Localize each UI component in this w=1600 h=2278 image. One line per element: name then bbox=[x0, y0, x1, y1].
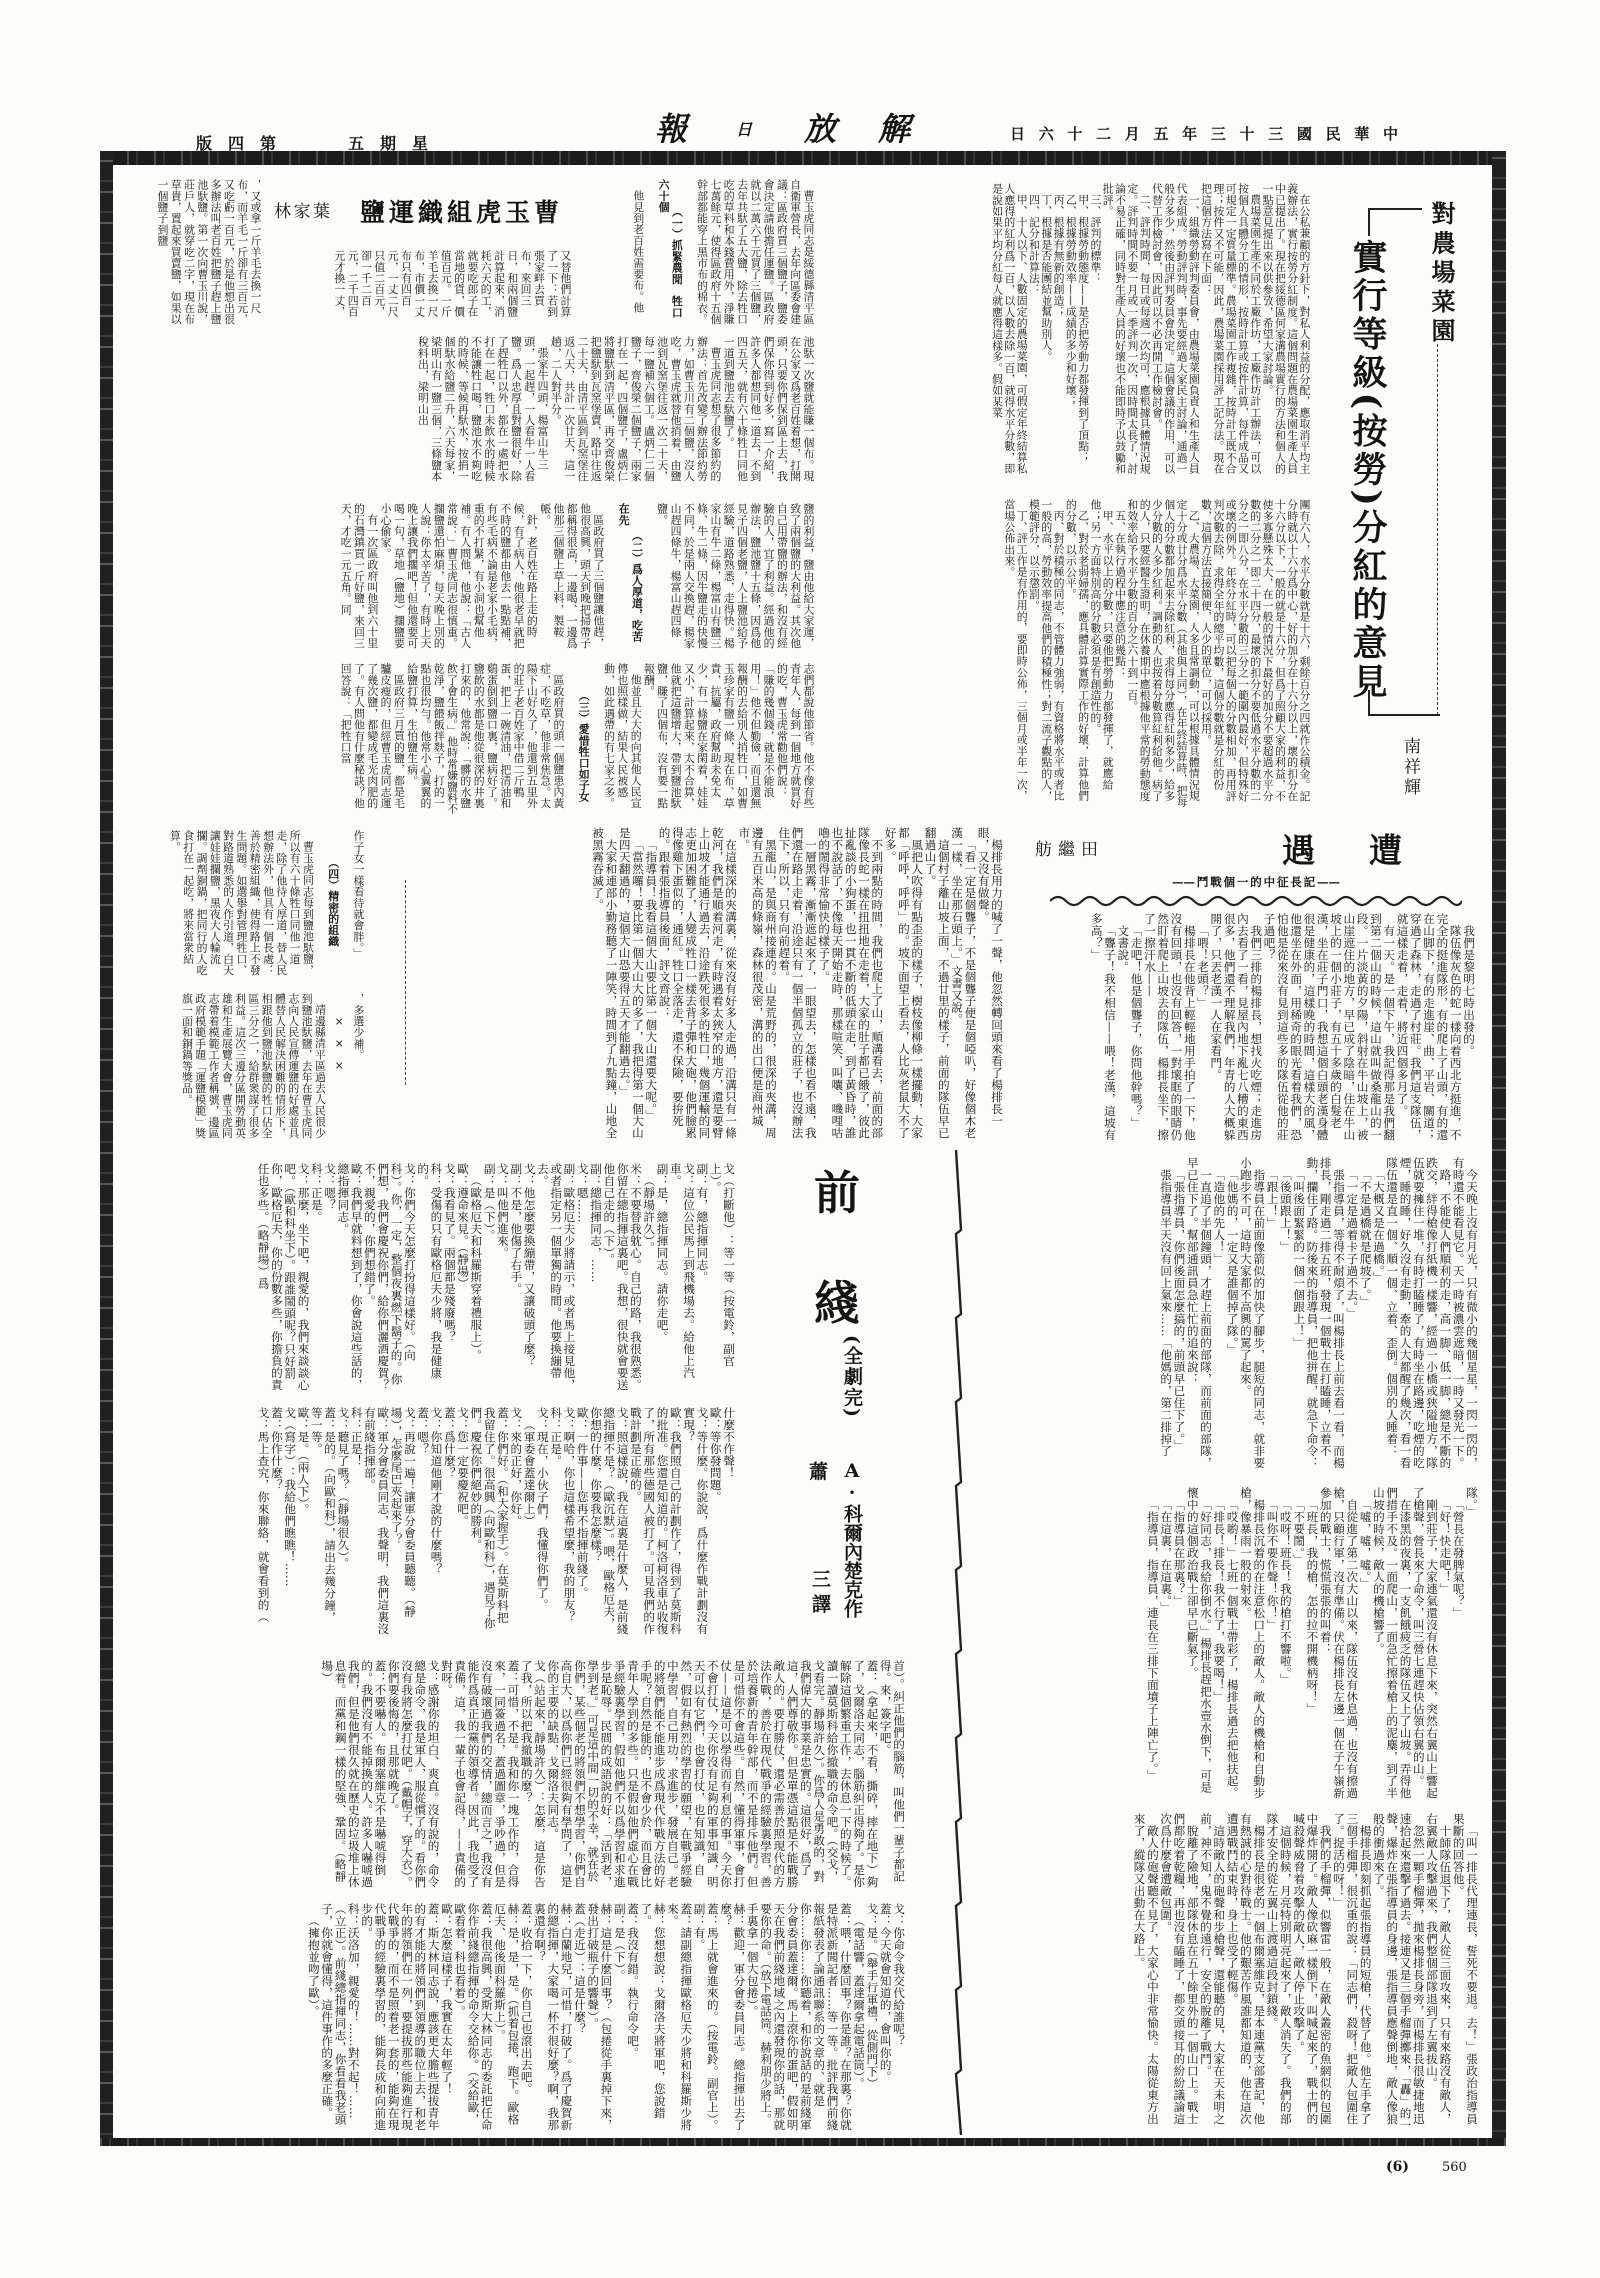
paragraph: 張家牛四頭，楊富山牛三頭，一起趕，一人看牛一人看鹽。爲人忠厚且對鹽很好，除了趕牲… bbox=[416, 336, 549, 492]
line-paragraph: 戈：是。（舉手行軍禮，從側門下） bbox=[865, 1903, 878, 2135]
paragraph: 區政府買的頭一個鹽患內黃症，不吃草，他非常焦急。太陽下山好久了，他還到五里外的莊… bbox=[405, 663, 565, 815]
article-body-tier-2: 池馱一次鹽就能賺一個布。現在公家又爲老百姓着想，打開頭，只要你們保到區上去，我們… bbox=[113, 336, 815, 492]
cont-paragraph: 隊。」 bbox=[1465, 1487, 1478, 1803]
line-paragraph: 蓋：是的。（向歐和科），請出去幾分鐘，等一等。 bbox=[310, 1407, 337, 1635]
paragraph: 三、評判的標準： bbox=[1089, 183, 1101, 485]
paragraph: 風把人吹得有點歪歪的樣子，樹枝像柳條一樣擺動，大家都「呼呼，呼呼」的。坡下面望上… bbox=[883, 827, 923, 1145]
paragraph: 「張指導員，你們後面怎麼搞的，前頭早已住下了。」 bbox=[1172, 1157, 1185, 1475]
paragraph: 「喂！老頭？」 bbox=[1196, 913, 1209, 1145]
article-body-tier-4: 志們都說他節省。他不像有些青年人，每到一個地方就買好的吃，曹玉虎常勸他們說：「賺… bbox=[113, 663, 815, 815]
paragraph: 甲、水平以上的分數，只要他把勞動力都發揮了，就應給他；另一方面特別高的分數必須是… bbox=[1089, 499, 1114, 812]
play-body-tier-4: 戈：你命令我交代給誰呢？蓋：今天就會知道的，會叫你的。戈：是。（舉手行軍禮，從側… bbox=[113, 1903, 905, 2135]
line-paragraph: 蓋：嗯？ bbox=[416, 1407, 429, 1635]
masthead-char-ri: 日 bbox=[736, 121, 752, 139]
line-paragraph: 戈：聽見了嗎？（靜場很久）。 bbox=[336, 1407, 349, 1635]
paragraph: 「好！快走吧！」 bbox=[1438, 1487, 1451, 1803]
cont-paragraph: ，多選少補。 bbox=[352, 993, 365, 1145]
article-title: 實行等級(按勞)分紅的意見 bbox=[1346, 239, 1388, 698]
paragraph: 楊排長即刻抓起張指導員的短槍，代替了他。他左手拿了三個手榴彈，很沉重的說：「同志… bbox=[1332, 1813, 1372, 2135]
line-paragraph: 科：正是。 bbox=[310, 1163, 323, 1391]
article-author: 南祥輝 bbox=[1399, 737, 1421, 795]
paragraph: 這時敵人的砲聲和步槍聲，還能聽的見，大家在天未明之前，神不知，鬼不覺的遠行，安全… bbox=[1199, 1813, 1226, 2135]
line-paragraph: 米：不要替我躭心。自己的路，我很熟悉。你留在總指揮這裏吧。我想，很快就會要送他自… bbox=[602, 1163, 642, 1391]
paragraph: 「叫後面緊緊的一個一個跟上！」 bbox=[1292, 1157, 1305, 1475]
paragraph: 一、組織勞動評判委員會，由農場菜園負責人和生產人員代表組成。勞動評判時，事先要經… bbox=[1150, 183, 1199, 485]
play-completion-note: (全劇完) bbox=[841, 1335, 863, 1417]
paragraph: 「叫一排長代理連長，誓死不要退。去！」張政治指導員果斷的回答他。 bbox=[1451, 1813, 1478, 2135]
paragraph: 大家和連部小勤務聽了一陣笑，時間到了九點鐘，山地全被黑霧吞滅了。 bbox=[591, 827, 618, 1145]
paragraph: 農場菜園生產不同於工廠作坊，工廠作坊計工辦法，可以按個人具體分工的情形，按時計算… bbox=[1199, 183, 1260, 485]
paragraph: 有一天。是一個下午，我記得那是我們翻到第二個山的時候，這山就叫做桑龍山的一段。一… bbox=[1262, 913, 1395, 1145]
heading-paragraph: （一）抓緊農閒 牲口六十個 bbox=[657, 179, 684, 327]
paragraph: 敵人的砲聲聽不見了，大家心中非常愉快。太陽從東方出來了，縱隊又出動在大路上。 bbox=[1132, 1813, 1159, 2135]
paragraph: 楊排長在他背上輕輕地用手拍了一下，他沒有回頭，也沒有回答，一對壞眶的眼睛仍然盯着… bbox=[1143, 913, 1196, 1145]
line-paragraph: 蓋：你作什麼？ bbox=[270, 1407, 283, 1635]
line-paragraph: 赫：白蘭地兒，可惜，打破了。爲了慶賀新的總指揮，大家喝一杯不很好麼？啊，我那裏還… bbox=[533, 1903, 573, 2135]
stage-paragraph: （軍委會蓋達爾上） bbox=[522, 1407, 535, 1635]
stage-paragraph: （靜場許久）。 bbox=[642, 1163, 655, 1391]
paragraph: 靖邊縣清平區過去人民很少到鹽池馱鹽，去年在曹玉虎同志向人民宣傳運鹽的好處並具體替… bbox=[180, 993, 326, 1145]
line-paragraph: 戈：你知道他剛才說的什麼嗎？ bbox=[429, 1407, 442, 1635]
line-paragraph: 戈：感謝你的坦白、爽直。沒有說的，命令總是命令，我是軍人，服從慣了的。看你們沒有… bbox=[386, 1660, 439, 1892]
line-paragraph: 科：正是。 bbox=[549, 1407, 562, 1635]
title-frame-bottom bbox=[1368, 714, 1440, 716]
paragraph: 二、評判時間，每日或每週一次均可，應根據具體情況規定。評判時間不要一月或一季評判… bbox=[1101, 183, 1150, 485]
paragraph: 「哎呀！班長！我的槍打不響啦。」 bbox=[1279, 1487, 1292, 1803]
line-paragraph: 歐：我們照自己的計劃作了，得到了莫斯科的批准。您還是知道的。柯洛柯洛車站收復了，… bbox=[629, 1407, 682, 1635]
stage-paragraph: （電話響，蓋達爾拿起電話筒）。 bbox=[852, 1903, 865, 2135]
paragraph: 在公私兼顧的方針下，對私人利益的分配，應取消平均主義辦法，實行按勞分紅制度。這個… bbox=[1261, 183, 1310, 485]
sep-paragraph: ××× bbox=[332, 993, 345, 1145]
article-body-tier-1-right: 曹玉虎同志是綏德縣清平區自衛軍營長，去年向區委會建議：區政府買三個鹽子，鹽委會決… bbox=[572, 179, 815, 327]
line-paragraph: 蓋：（拿起來，不看，撕碎，摔在地下）夠了，戈爾洛夫同志，腦筋糾正得夠了。是你解除… bbox=[546, 1660, 878, 1892]
right-page-border bbox=[1492, 151, 1506, 2143]
paragraph: 張指導員半天沒有回上氣來……「他媽的，第二排掉了 bbox=[1159, 1157, 1172, 1475]
line-paragraph: 戈（站起來，靜場許久）：怎麼，這是你告了我，所以把我撤職的麼？ bbox=[519, 1660, 546, 1892]
masthead-char-jie: 解 bbox=[878, 112, 910, 146]
line-paragraph: 副：有，總指揮同志。 bbox=[695, 1163, 708, 1391]
paragraph: 「大概又是在過橋。」 bbox=[1372, 1157, 1385, 1475]
line-paragraph: 副：是（下）。 bbox=[482, 1163, 495, 1391]
paragraph: 脫離了險地，部隊休息在五十餘里外的一個山口上。戰士們都吃着乾糧，再也沒有瞌睡了，… bbox=[1159, 1813, 1199, 2135]
play-body-tier-2: 什麼不作聲！歐：等你發問題。戈：等什麼。你說說，爲什麼作戰計劃沒有實現？歐：我們… bbox=[113, 1407, 735, 1635]
paragraph: 針，老百姓在路上走的時候，有了病人，他很老早就把不時的鹽都由他去一點點補，有些毛… bbox=[379, 503, 539, 653]
paragraph: 「當然囉！要比第一個大山大的多了，我把得第一個大山是四天翻過的，這個大山恐要得五… bbox=[617, 827, 644, 1145]
paragraph: 乙、對於老弱婦孺，應具體計算實際工作的好壞，計算他們的分數，以示公平。 bbox=[1064, 499, 1089, 812]
line-paragraph: 歐：遵命來見。（靜場） bbox=[456, 1163, 469, 1391]
line-paragraph: 赫：這是什麼回事？（包捲從手裏掉下來，發出打破瓶子的響聲）。 bbox=[586, 1903, 613, 2135]
paragraph: 丙、根據有無新的創造； bbox=[1052, 183, 1064, 485]
paragraph: 我們的手榴彈，似響雷一般，在敵人叢密的魚網似的包圍中爆炸開了。敵人像砍麻一樣倒下… bbox=[1292, 1813, 1332, 2135]
header-rule bbox=[100, 151, 1506, 165]
play-title-char-2: 綫 bbox=[814, 1278, 860, 1328]
paragraph: 「不是過橋就是爬坡了。」 bbox=[1358, 1157, 1371, 1475]
paragraph: 這個時候，月亮特別明亮起來了，敵人消失了。我們的部隊才安全的從左翼山上渡過這段封… bbox=[1265, 1813, 1292, 2135]
paragraph: 「指導員，指導員，連長在三排下面墳子上陣亡了。」 bbox=[1146, 1487, 1159, 1803]
line-paragraph: 蓋：斯大林同志說，應該更大膽些提拔青年的有才能的將領們到領導的職位上去，和老年的… bbox=[360, 1903, 440, 2135]
paragraph: 「在這裏，在這裏。」 bbox=[1159, 1487, 1172, 1803]
masthead-char-bao: 報 bbox=[655, 112, 687, 146]
zigzag-divider bbox=[950, 1150, 970, 2135]
stage-paragraph: （擁抱並吻了歐）。 bbox=[307, 1903, 320, 2135]
translator-name-part-2: 三譯 bbox=[809, 1569, 831, 1613]
article-body-tier-1: 在公私兼顧的方針下，對私人利益的分配，應取消平均主義辦法，實行按勞分紅制度。這個… bbox=[873, 183, 1310, 485]
line-paragraph: 戈：現在，小伙子們，我懂得你們了。 bbox=[536, 1407, 549, 1635]
line-paragraph: 戈：再說一遍！讓軍分會委員聽聽。（靜場），怎麼尾巴夾起來了？ bbox=[389, 1407, 416, 1635]
paragraph: 曹玉虎同志是綏德縣清平區自衛軍營長，去年向區委會建議：區政府買三個鹽子，鹽委會決… bbox=[695, 179, 815, 327]
line-paragraph: 蓋：可惜，不是。我和你一塊工作的，合得來，一同簽過名，蓋過圖章，爭吵過，但是沒有… bbox=[440, 1660, 520, 1892]
article-body-tier-1-right: 我們是黎明七時出發的。隊伍像灰色的蛇一樣向着西北方挺進，不完全的挺進隊形，有的爬… bbox=[1003, 913, 1475, 1145]
article-body-tier-5-upper: 作子女一樣看待就會胖。」（四）精密的組織曹玉虎同志每到鹽池馱鹽，所以有六十條牲口… bbox=[113, 830, 365, 985]
line-paragraph: 歐：怎麼這樣子，我實在太年輕了！ bbox=[440, 1903, 453, 2135]
line-paragraph: 蓋：不要嚇人。布爾塞維克不是嚇唬得倒的。我們沒有不能掉換的人。許多人嚇唬過我們，… bbox=[320, 1660, 386, 1892]
article-title-char-1: 遭 bbox=[1369, 833, 1402, 869]
play-body-tier-1: 戈（打斷他）：等一等（按電鈴，副官上）。副：有，總指揮同志。戈：這位公民馬上到飛… bbox=[113, 1163, 735, 1391]
play-body-tier-3: 首）。糾正他們的腦筋，叫他們一輩子都記得。來，簽字吧。蓋：（拿起來，不看，撕碎，… bbox=[113, 1660, 905, 1892]
article-author: 田繼舫 bbox=[1035, 840, 1098, 860]
line-paragraph: 蓋（走近）：這是什麼？ bbox=[573, 1903, 586, 2135]
wavy-divider bbox=[1050, 893, 1462, 907]
paragraph: 隊伍像灰色的蛇一樣向着西北方挺進，不完全的挺進隊形，有的爬上了山頭，有的還在山脚… bbox=[1395, 913, 1461, 1145]
cont-paragraph: 又替他們計算了一下：若到張家畔去買布，來回三日，和兩個鹽計算起來，消耗六天的工，… bbox=[333, 250, 572, 327]
masthead-char-fang: 放 bbox=[804, 112, 836, 146]
article-title: 曹玉虎組織運鹽 bbox=[360, 199, 559, 226]
play-title-char-1: 前 bbox=[814, 1168, 860, 1218]
paragraph: 在漆黑的夜裏，一支飢餓疲乏的隊伍又上了山坡。弄得他們措手不及。一面爬山，一面急忙… bbox=[1372, 1487, 1412, 1803]
paragraph: 「聾子！我不相信——喂！老漢，這坡有多高？」 bbox=[1089, 913, 1116, 1145]
line-paragraph: 蓋：你們好。（和大家握手）。在莫斯科把我留住了。很高興（向歐和科），遇見了你們。… bbox=[469, 1407, 509, 1635]
paragraph: 有一次區政府叫他到六十里的石灣鎮買一斤好鹽，來回三天，才吃一元五角。同 bbox=[339, 503, 379, 653]
article-body-tier-3: 鹽的利益，鹽由他給大家運，致了兩個鹽的大利益。其次他自己用帶鹽的辦法，和沒有經驗… bbox=[113, 503, 815, 653]
cont-paragraph: 志們都說他節省。他不像有些青年人，每到一個地方就買好的吃，曹玉虎常勸他們說：「賺… bbox=[642, 663, 815, 815]
line-paragraph: 戈：那麼，坐下吧，親愛的，我們來談談心吧。（歐和科坐下）。跟誰鬧頭呢？只好罰你，… bbox=[256, 1163, 309, 1391]
paragraph: 「造他的先人！」 bbox=[1212, 1157, 1225, 1475]
paragraph: 文書說。 bbox=[1116, 913, 1129, 1145]
article-body-tier-1-left: ，又或拿一斤羊毛去換一尺布，而羊毛一斤卻有三百元，又吃虧一百元，於是他想出很多辦… bbox=[113, 179, 262, 327]
paragraph: 乙、根據勞動效率——成績的多少和好壞； bbox=[1064, 183, 1076, 485]
line-paragraph: 副：有。 bbox=[692, 1903, 705, 2135]
line-paragraph: 蓋：我沒有錯。執行命令吧。 bbox=[626, 1903, 639, 2135]
line-paragraph: 戈：馬上查究，你來聯絡，就會看到的（ bbox=[256, 1407, 269, 1635]
paragraph: 甲、十人以下、人數固定的農場菜園，可假定年終結算私人應得的紅利爲一百，以人數去除… bbox=[990, 183, 1027, 485]
article-body-tier-2: 團有六人，水平分數就是十六，剩餘百分之四就作公積金。記分時就以十六分爲中心，好的… bbox=[873, 499, 1310, 812]
paragraph: 曹玉虎同志想了很多節約的辦法：首先改變了辦法節約勞力，如曹玉川有二個鹽，沒人吃，… bbox=[549, 336, 722, 492]
cont-paragraph: 作子女一樣看待就會胖。」 bbox=[352, 830, 365, 985]
paragraph: 他見到老百姓需要布。他 bbox=[631, 179, 644, 327]
line-paragraph: 蓋：我很高興，受斯大林同志的委託把任命你作前綫總指揮的命令交給你。（交給歐，歐看… bbox=[453, 1903, 493, 2135]
line-paragraph: 副：不是，他傷了右手。 bbox=[509, 1163, 522, 1391]
article-body-tier-2: 今天晚上沒有月光，只有微小的幾個星星，一閃一閃的，有時還不能看見它。天一時被濃雲… bbox=[1028, 1157, 1478, 1475]
line-paragraph: 副：是，總指揮同志。請你走吧。 bbox=[655, 1163, 668, 1391]
paragraph: 甲、根據勞動態度——是否把勞動力都發揮到了頂點； bbox=[1076, 183, 1088, 485]
paragraph: 「叫你不要作聲！你！」 bbox=[1265, 1487, 1278, 1803]
line-paragraph: 戈：嗯…… bbox=[575, 1163, 588, 1391]
line-paragraph: 戈：您一定要慶祝吧。 bbox=[456, 1407, 469, 1635]
cont-paragraph: 鹽的利益，鹽由他給大家運，致了兩個鹽的大利益。其次他自己用帶鹽的辦法，和沒有經驗… bbox=[655, 503, 815, 653]
paragraph: 「跟上！」 bbox=[1265, 1157, 1278, 1475]
line-paragraph: 歐：一件事——您再不指揮前綫了。 bbox=[575, 1407, 588, 1635]
paragraph: 楊排長沉着的在注意松口上的敵人。敵人的機槍和自動步槍，像暴雨一般的射來。 bbox=[1239, 1487, 1266, 1803]
line-paragraph: 赫：您想想說：戈爾洛夫將軍吧，您說錯了。 bbox=[639, 1903, 666, 2135]
paragraph: 今天晚上沒有月光，只有微小的幾個星星，一閃一閃的，有時還不能看見它。天一時被濃雲… bbox=[1451, 1157, 1478, 1475]
sheet-number: (6) bbox=[1386, 2159, 1409, 2175]
title-frame-right-dashed bbox=[1437, 344, 1438, 715]
paragraph: 四、記分和計算法： bbox=[1027, 183, 1039, 485]
paragraph: 「排長！排長！我不行了，我要喝！」 bbox=[1212, 1487, 1225, 1803]
paragraph: 不到兩點的時間，我們也爬上了山，順溝看去，前面的部隊像長蛇一樣在扭扭地在走着，大… bbox=[817, 827, 883, 1145]
line-paragraph: 赫：是，是，是。（抓着包捲，跑下。歐格厄夫、他後面科羅斯上）。 bbox=[493, 1903, 520, 2135]
paragraph: 我們三排的楊排長，想找火吃煙；走進房內去看了一看，見屋內地下亂七八糟的東西很多，… bbox=[1209, 913, 1262, 1145]
cont-paragraph: 什麼不作聲！ bbox=[722, 1407, 735, 1635]
cont-paragraph: ，又或拿一斤羊毛去換一尺布，而羊毛一斤卻有三百元，又吃虧一百元，於是他想出很多辦… bbox=[156, 179, 262, 327]
line-paragraph: 蓋：爲什麼？ bbox=[442, 1407, 455, 1635]
line-paragraph: 歐：等你發問題。 bbox=[708, 1407, 721, 1635]
paragraph: 曹玉虎同志每到鹽池馱鹽，所以有六十條牲口同他一道走，除了他待人厚道，替人民想辦法… bbox=[168, 830, 314, 985]
paragraph: 忽然一顆手榴彈，拋來楊排長身旁，而楊排長很敏捷地迅速拾起來還擊了過去。接連又是三… bbox=[1372, 1813, 1425, 2135]
paragraph: 「他媽的，一定又是誰個掉了隊。」 bbox=[1225, 1157, 1238, 1475]
article-subtitle: ——記長征中的一個戰鬥—— bbox=[1172, 875, 1340, 889]
line-paragraph: 蓋：收拾一下，你自己也滾出去吧。 bbox=[519, 1903, 532, 2135]
paragraph: 「營長在發脾氣呢？」 bbox=[1451, 1487, 1464, 1803]
line-paragraph: 歐：軍分會委員同志，我聲明，我們這裏沒有前綫指揮部。 bbox=[363, 1407, 390, 1635]
paragraph: 乙、大農場、大菜園，人多且常調動，可以根據具體情況規定十分或廿分爲水平分數（其他… bbox=[1126, 499, 1200, 812]
paragraph: 我們是黎明七時出發的。 bbox=[1462, 913, 1475, 1145]
article-title-char-2: 遇 bbox=[1282, 833, 1315, 869]
paragraph: 丁、根據是否能團結並幫助別人。 bbox=[1039, 183, 1051, 485]
article-author: 葉家林 bbox=[274, 202, 330, 222]
play-author: A·科爾內楚克作 bbox=[841, 1460, 863, 1613]
line-paragraph: 戈：等什麼。你說說，爲什麼作戰計劃沒有實現？ bbox=[682, 1407, 709, 1635]
line-paragraph: 戈：照這樣說，我在這裏是什麼人，是前綫總指揮不是？（歐沉默）。喂，歐格厄夫，你想… bbox=[589, 1407, 629, 1635]
article-body-tier-5-lower: ，多選少補。×××靖邊縣清平區過去人民很少到鹽池馱鹽，去年在曹玉虎同志向人民宣傳… bbox=[113, 993, 365, 1145]
paragraph: 「看一定是個聾子，不是個聾子便是個啞叭，好像個木老漢一樣，坐在那石頭上。」文書又… bbox=[950, 827, 977, 1145]
paragraph: 五、在執行過程中應注意的幾點： bbox=[1113, 499, 1125, 812]
paragraph: 張指導員，等得不耐煩了，叫楊排長上前去看一看，而楊排長，剛走過二排五班，發現一個… bbox=[1305, 1157, 1345, 1475]
line-paragraph: 蓋：喂，什麼回事？你是誰？在那裏？你就是特派新聞記者……等一等。批評我們前綫報紙… bbox=[745, 1903, 851, 2135]
line-paragraph: 戈：嗯？ bbox=[323, 1163, 336, 1391]
paragraph: 丙、對於積極的同志，不管體力強弱，有資格將水平或者比一般的高，勞動效率提高他們的… bbox=[1027, 499, 1064, 812]
article-body-tier-3: 隊。」「營長在發脾氣呢？」「好！快走吧！」剛到莊子，大家連氣還沒有休息下來，突然… bbox=[1028, 1487, 1478, 1803]
left-page-border bbox=[100, 151, 113, 2146]
line-paragraph: 副：歐格厄夫少將請示，或者馬上接見他，或者指定另一個單獨的時間。他要換繃帶去。 bbox=[536, 1163, 576, 1391]
article-body-tier-1-middle: 又替他們計算了一下：若到張家畔去買布，來回三日，和兩個鹽計算起來，消耗六天的工，… bbox=[262, 250, 572, 327]
paragraph: 楊排長用力的喊了一聲，他忽然轉回頭來看了楊排長一眼，又沒有做聲。 bbox=[976, 827, 1003, 1145]
line-paragraph: 戈：這位公民馬上到飛機場去。給他上汽車。 bbox=[669, 1163, 696, 1391]
paragraph: 丁、評工作是有作用的，要即時公佈，三個月或半年一次，當場公佈出來。 bbox=[1003, 499, 1028, 812]
line-paragraph: 戈：叫他們進來。 bbox=[496, 1163, 509, 1391]
paragraph: 指導員在前面像箭似的加快了腳步，腿短的同志，就非要小跑步不可，這時大家都不高興的… bbox=[1239, 1157, 1266, 1475]
article-kicker: 對農場菜園 bbox=[1426, 201, 1456, 342]
translator-name-part-1: 蕭 bbox=[809, 1461, 828, 1483]
heading-paragraph: （二）爲人厚道，吃苦在先 bbox=[617, 503, 644, 653]
line-paragraph: 戈（打斷他）：等一等（按電鈴，副官上）。 bbox=[708, 1163, 735, 1391]
paragraph: 在這樣深的夾溝裏，從來沒有好多人走過，沿溝只有一條乾河，我們是順着河走，有時遇着… bbox=[657, 827, 737, 1145]
line-paragraph: 歐：我們早就料想到了，你會說這些話的，總指揮同志。 bbox=[336, 1163, 363, 1391]
paragraph: 「指導員在那裏？」 bbox=[1172, 1487, 1185, 1803]
cont-paragraph: 團有六人，水平分數就是十六，剩餘百分之四就作公積金。記分時就以十六分爲中心，好的… bbox=[1199, 499, 1310, 812]
heading-paragraph: （三）愛惜牲口如子女 bbox=[577, 663, 590, 815]
paragraph: 一層黑霧，漸漸遮起來了，一眼望去，怎樣也看不遠，我們還在路上走着，沿途只有一個半… bbox=[777, 827, 817, 1145]
line-paragraph: 副：總指揮同志，…… bbox=[589, 1163, 602, 1391]
paragraph: 十師隊伍退下了，敵人從三面攻來，只有來路沒有敵人，右翼敵人攻擊過來，我們整個部隊… bbox=[1425, 1813, 1452, 2135]
line-paragraph: 副：是（下）。 bbox=[612, 1903, 625, 2135]
line-paragraph: 蓋：馬上就會進來的。（按電鈴。副官上）。 bbox=[706, 1903, 719, 2135]
paragraph: 「走吧！他是個聾子，你問他幹嗎？」 bbox=[1129, 913, 1142, 1145]
paragraph: 黑龍山，是與商州接連的。山是荒野的，很深的夾溝，周邊有五百米高的條嶺，森林很茂密… bbox=[737, 827, 777, 1145]
article-body-tier-1-left: 楊排長用力的喊了一聲，他忽然轉回頭來看了楊排長一眼，又沒有做聲。「看一定是個聾子… bbox=[440, 827, 1003, 1145]
line-paragraph: 歐：是。（兩人下）。 bbox=[296, 1407, 309, 1635]
paragraph: 「哎喲！」七班一個戰士帶彩了，楊排長過去把他扶起。 bbox=[1225, 1487, 1238, 1803]
paragraph: 「班長，我的槍，怎的拉不開機柄呀！」 bbox=[1305, 1487, 1318, 1803]
title-frame-top bbox=[1368, 208, 1422, 210]
paragraph: 「指導員！我看這個大山要比第一個大山還要大呢。」 bbox=[644, 827, 657, 1145]
paragraph: 他並且大大的向其他人民宣傳也照樣做，結果人民被感動，如此遇帶的有七家之多。 bbox=[602, 663, 642, 815]
line-paragraph: 戈：你們今天怎麼打扮得這樣好。（向科）。你，一定，整個夜裏燃下鬍子的。你們想，我… bbox=[363, 1163, 416, 1391]
paragraph: 楊排長是很老的一個布爾塞維克，是本連黨支部書記，他有熱誠的心對待戰士。他的艱苦作… bbox=[1225, 1813, 1265, 2135]
cont-paragraph: 首）。糾正他們的腦筋，叫他們一輩子都記得。來，簽字吧。 bbox=[878, 1660, 905, 1892]
line-paragraph: 戈：他怎麼要換繃帶，又讓破頭了麼？ bbox=[522, 1163, 535, 1391]
line-paragraph: 赫：歡迎，軍分會委員同志。總指揮出去了麼？ bbox=[719, 1903, 746, 2135]
line-paragraph: 戈：你命令我交代給誰呢？ bbox=[892, 1903, 905, 2135]
paragraph: 剛到莊子，大家連氣還沒有休息下來，突然右翼山上響起了槍聲，營長來了命令，叫三營七… bbox=[1412, 1487, 1439, 1803]
heading-paragraph: （四）精密的組織 bbox=[326, 830, 339, 985]
line-paragraph: 戈：我看見了。兩個都是殘廢嗎？ bbox=[442, 1163, 455, 1391]
line-paragraph: 科：受傷的只有歐格厄夫少將，我是健康的。 bbox=[416, 1163, 443, 1391]
stage-paragraph: （歐格厄夫和科羅斯穿着禮服上）。 bbox=[469, 1163, 482, 1391]
paragraph: 自從進了第二次大山以來，隊伍沒有休息過，也沒有擦過槍，只顧行軍，沒有準備。伏在楊… bbox=[1318, 1487, 1358, 1803]
paragraph: 「一定是過着卡子過不去。」 bbox=[1345, 1157, 1358, 1475]
paragraph: 一直追了半個鐘頭，才趕上前面的部隊，而前面的部隊，早已住下了。幫部通訊員急忙忙的… bbox=[1185, 1157, 1212, 1475]
issue-date: 中華民國三十三年五月二十六日 bbox=[1010, 126, 1398, 143]
paragraph: 「好同志，我給你倒水。」楊排長趕把水壺水倒下，可是懷中的這個政治戰士卻早已斷氣了… bbox=[1185, 1487, 1212, 1803]
line-paragraph: 蓋：今天就會知道的，會叫你的。 bbox=[878, 1903, 891, 2135]
paragraph: 區政府買了三個鹽讓他趕，他很高興，頭天到晚把掃帶子都稱得很高，一邊喝、一邊爲他那… bbox=[538, 503, 604, 653]
line-paragraph: 科：沃洛加，親愛的！……對不起！……（立正）。前綫總指揮同志，你看看我老頭子，你… bbox=[320, 1903, 360, 2135]
line-paragraph: 戈（寫字）：我給他們瞧瞧！…… bbox=[283, 1407, 296, 1635]
article-body-tier-4: 「叫一排長代理連長，誓死不要退。去！」張政治指導員果斷的回答他。十師隊伍退下了，… bbox=[1028, 1813, 1478, 2135]
paragraph: 「噓，噓，噓。」 bbox=[1358, 1487, 1371, 1803]
bottom-page-rule bbox=[100, 2138, 1506, 2146]
page-number: 560 bbox=[1442, 2160, 1467, 2176]
paragraph: 路，不能使人們順利的走，高一脚、低一脚，總是不斷的跌交，絆得槍像打紙機一樣響，經… bbox=[1385, 1157, 1451, 1475]
line-paragraph: 蓋：請副總指揮歐格厄夫少將和科羅斯少將來。 bbox=[666, 1903, 693, 2135]
cont-paragraph: 池馱一次鹽就能賺一個布。現在公家又爲老百姓着想，打開頭，只要你們保到區上去，我們… bbox=[722, 336, 815, 492]
column-divider-dashed bbox=[405, 880, 406, 1085]
paragraph: 這個村子離山坡上面，不過廿里的樣子，前面的隊伍早已翻過山了。 bbox=[923, 827, 950, 1145]
paragraph: 「後頭跟上！」 bbox=[1279, 1157, 1292, 1475]
line-paragraph: 戈：啊哈，你也這樣希望麼，我的朋友？ bbox=[562, 1407, 575, 1635]
line-paragraph: 戈：來的正好，你好。 bbox=[509, 1407, 522, 1635]
line-paragraph: 科：正是！ bbox=[349, 1407, 362, 1635]
paragraph: 區政府三月買的鹽，都是毛驢皮瘦的，但經曹玉虎同志運了幾次鹽，都變成毛光肉肥的了。… bbox=[339, 663, 405, 815]
paragraph: 「不要鬧。」 bbox=[1292, 1487, 1305, 1803]
title-frame-top-tick bbox=[1368, 208, 1370, 236]
